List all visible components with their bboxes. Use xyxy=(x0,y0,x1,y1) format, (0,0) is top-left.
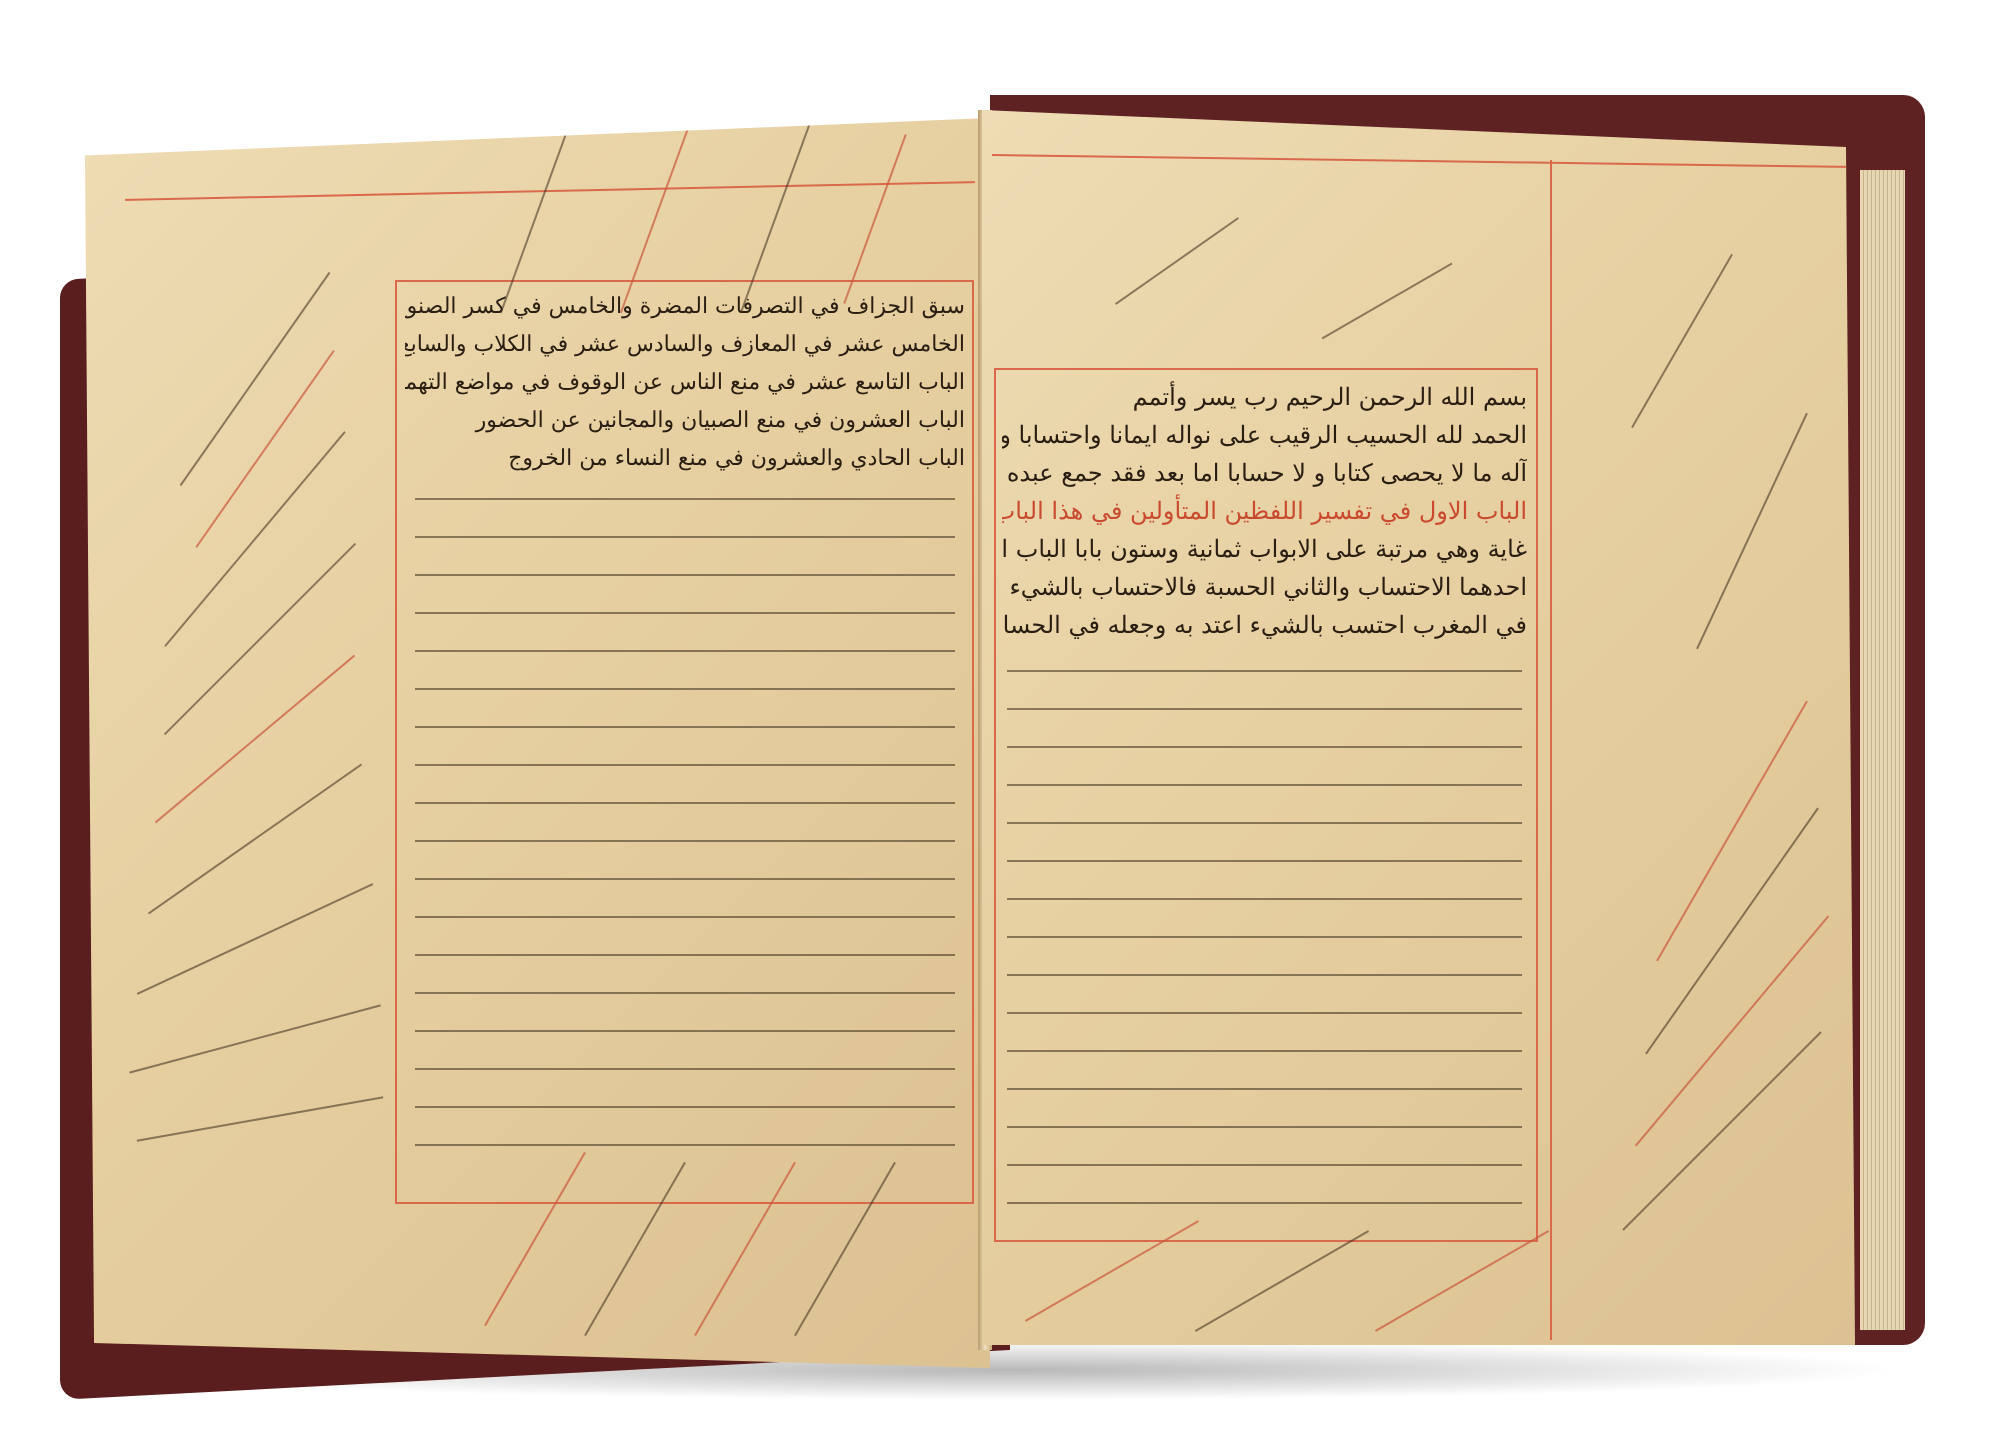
left-main-text: سبق الجزاف في التصرفات المضرة والخامس في… xyxy=(405,288,965,478)
text-line: الحمد لله الحسيب الرقيب على نواله ايمانا… xyxy=(1002,416,1527,454)
text-line: الخامس عشر في المعازف والسادس عشر في الك… xyxy=(405,326,965,364)
text-line: احدهما الاحتساب والثاني الحسبة فالاحتساب… xyxy=(1002,568,1527,606)
rubric-rule-vertical xyxy=(1550,160,1552,1340)
text-line: الباب الحادي والعشرون في منع النساء من ا… xyxy=(405,440,965,478)
text-line: الباب التاسع عشر في منع الناس عن الوقوف … xyxy=(405,364,965,402)
text-line: الباب العشرون في منع الصبيان والمجانين ع… xyxy=(405,402,965,440)
text-line: آله ما لا يحصى كتابا و لا حسابا اما بعد … xyxy=(1002,454,1527,492)
basmala: بسم الله الرحمن الرحيم رب يسر وأتمم xyxy=(1002,378,1527,416)
text-line: سبق الجزاف في التصرفات المضرة والخامس في… xyxy=(405,288,965,326)
rubric-heading: الباب الاول في تفسير اللفظين المتأولين ف… xyxy=(1002,492,1527,530)
text-line: في المغرب احتسب بالشيء اعتد به وجعله في … xyxy=(1002,606,1527,644)
manuscript-left-page: سبق الجزاف في التصرفات المضرة والخامس في… xyxy=(85,118,990,1368)
text-line: غاية وهي مرتبة على الابواب ثمانية وستون … xyxy=(1002,530,1527,568)
rubric-rule-top xyxy=(992,154,1852,168)
manuscript-right-page: بسم الله الرحمن الرحيم رب يسر وأتمم الحم… xyxy=(982,110,1882,1345)
page-edges xyxy=(1860,170,1905,1330)
rubric-rule-top xyxy=(125,181,975,201)
right-main-text: بسم الله الرحمن الرحيم رب يسر وأتمم الحم… xyxy=(1002,378,1527,644)
